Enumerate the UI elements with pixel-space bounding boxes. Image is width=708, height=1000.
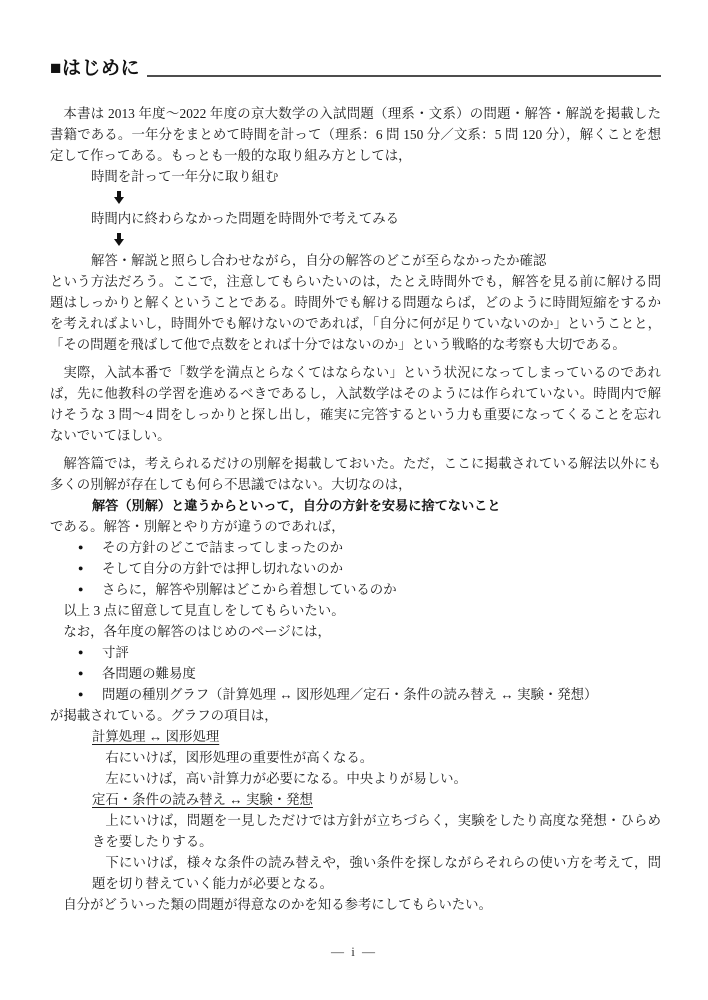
down-arrow-icon <box>114 233 124 246</box>
down-arrow-icon <box>114 191 124 204</box>
list-item-text: 各問題の難易度 <box>102 663 661 684</box>
paragraph-three-points: 以上 3 点に留意して見直しをしてもらいたい。 <box>50 600 661 621</box>
bullet-dot-icon: ● <box>78 642 102 663</box>
graph-axis-standard-experiment: 定石・条件の読み替え ↔ 実験・発想 上にいけば，問題を一見しただけでは方針が立… <box>50 789 661 894</box>
paragraph-year-pages: なお，各年度の解答のはじめのページには， <box>50 621 661 642</box>
list-item-text: さらに，解答や別解はどこから着想しているのか <box>102 579 661 600</box>
flow-step: 時間を計って一年分に取り組む <box>91 166 661 187</box>
bullet-dot-icon: ● <box>78 537 102 558</box>
axis-explanation: 左にいけば，高い計算力が必要になる。中央よりが易しい。 <box>92 768 661 789</box>
paragraph-alternate-solutions: 解答篇では，考えられるだけの別解を掲載しておいた。ただ，ここに掲載されている解法… <box>50 453 661 495</box>
list-item: ● 各問題の難易度 <box>78 663 661 684</box>
axis-heading: 計算処理 ↔ 図形処理 <box>92 726 661 747</box>
list-item-text: そして自分の方針では押し切れないのか <box>102 558 661 579</box>
page-content: ■はじめに 本書は 2013 年度〜2022 年度の京大数学の入試問題（理系・文… <box>50 58 661 915</box>
list-item: ● そして自分の方針では押し切れないのか <box>78 558 661 579</box>
list-item: ● 寸評 <box>78 642 661 663</box>
page-title: ■はじめに <box>50 58 140 80</box>
axis-explanation: 右にいけば，図形処理の重要性が高くなる。 <box>92 747 661 768</box>
axis-heading: 定石・条件の読み替え ↔ 実験・発想 <box>92 789 661 810</box>
bullet-dot-icon: ● <box>78 663 102 684</box>
emphasis-line: 解答（別解）と違うからといって，自分の方針を安易に捨てないこと <box>92 495 661 516</box>
page-number: — i — <box>0 944 708 960</box>
book-page: ■はじめに 本書は 2013 年度〜2022 年度の京大数学の入試問題（理系・文… <box>0 0 708 1000</box>
paragraph-closing: 自分がどういった類の問題が得意なのかを知る参考にしてもらいたい。 <box>50 894 661 915</box>
flow-arrow-row <box>114 187 661 208</box>
axis-explanation: 上にいけば，問題を一見しただけでは方針が立ちづらく，実験をしたり高度な発想・ひら… <box>92 810 661 852</box>
flow-arrow-row <box>114 229 661 250</box>
axis-explanation: 下にいけば，様々な条件の読み替えや，強い条件を探しながらそれらの使い方を考えて，… <box>92 852 661 894</box>
study-flow: 時間を計って一年分に取り組む 時間内に終わらなかった問題を時間外で考えてみる 解… <box>50 166 661 271</box>
flow-step: 時間内に終わらなかった問題を時間外で考えてみる <box>91 208 661 229</box>
list-item: ● 問題の種別グラフ（計算処理 ↔ 図形処理／定石・条件の読み替え ↔ 実験・発… <box>78 684 661 705</box>
list-item-text: 寸評 <box>102 642 661 663</box>
paragraph-overview: 本書は 2013 年度〜2022 年度の京大数学の入試問題（理系・文系）の問題・… <box>50 103 661 166</box>
heading-rule <box>147 75 661 77</box>
bullet-dot-icon: ● <box>78 558 102 579</box>
paragraph-if-different: である。解答・別解とやり方が違うのであれば， <box>50 516 661 537</box>
graph-axis-calculation-figure: 計算処理 ↔ 図形処理 右にいけば，図形処理の重要性が高くなる。 左にいけば，高… <box>50 726 661 789</box>
paragraph-graph-items: が掲載されている。グラフの項目は， <box>50 705 661 726</box>
section-marker-icon: ■ <box>50 58 62 79</box>
review-points-list: ● その方針のどこで詰まってしまったのか ● そして自分の方針では押し切れないの… <box>50 537 661 600</box>
list-item: ● その方針のどこで詰まってしまったのか <box>78 537 661 558</box>
list-item-text: 問題の種別グラフ（計算処理 ↔ 図形処理／定石・条件の読み替え ↔ 実験・発想） <box>102 684 661 705</box>
year-page-items-list: ● 寸評 ● 各問題の難易度 ● 問題の種別グラフ（計算処理 ↔ 図形処理／定石… <box>50 642 661 705</box>
paragraph-advice: という方法だろう。ここで，注意してもらいたいのは，たとえ時間外でも，解答を見る前… <box>50 271 661 355</box>
page-title-text: はじめに <box>62 58 140 79</box>
paragraph-strategy: 実際，入試本番で「数学を満点とらなくてはならない」という状況になってしまっている… <box>50 362 661 446</box>
list-item: ● さらに，解答や別解はどこから着想しているのか <box>78 579 661 600</box>
bullet-dot-icon: ● <box>78 579 102 600</box>
section-heading: ■はじめに <box>50 58 661 80</box>
list-item-text: その方針のどこで詰まってしまったのか <box>102 537 661 558</box>
flow-step: 解答・解説と照らし合わせながら，自分の解答のどこが至らなかったか確認 <box>91 250 661 271</box>
bullet-dot-icon: ● <box>78 684 102 705</box>
